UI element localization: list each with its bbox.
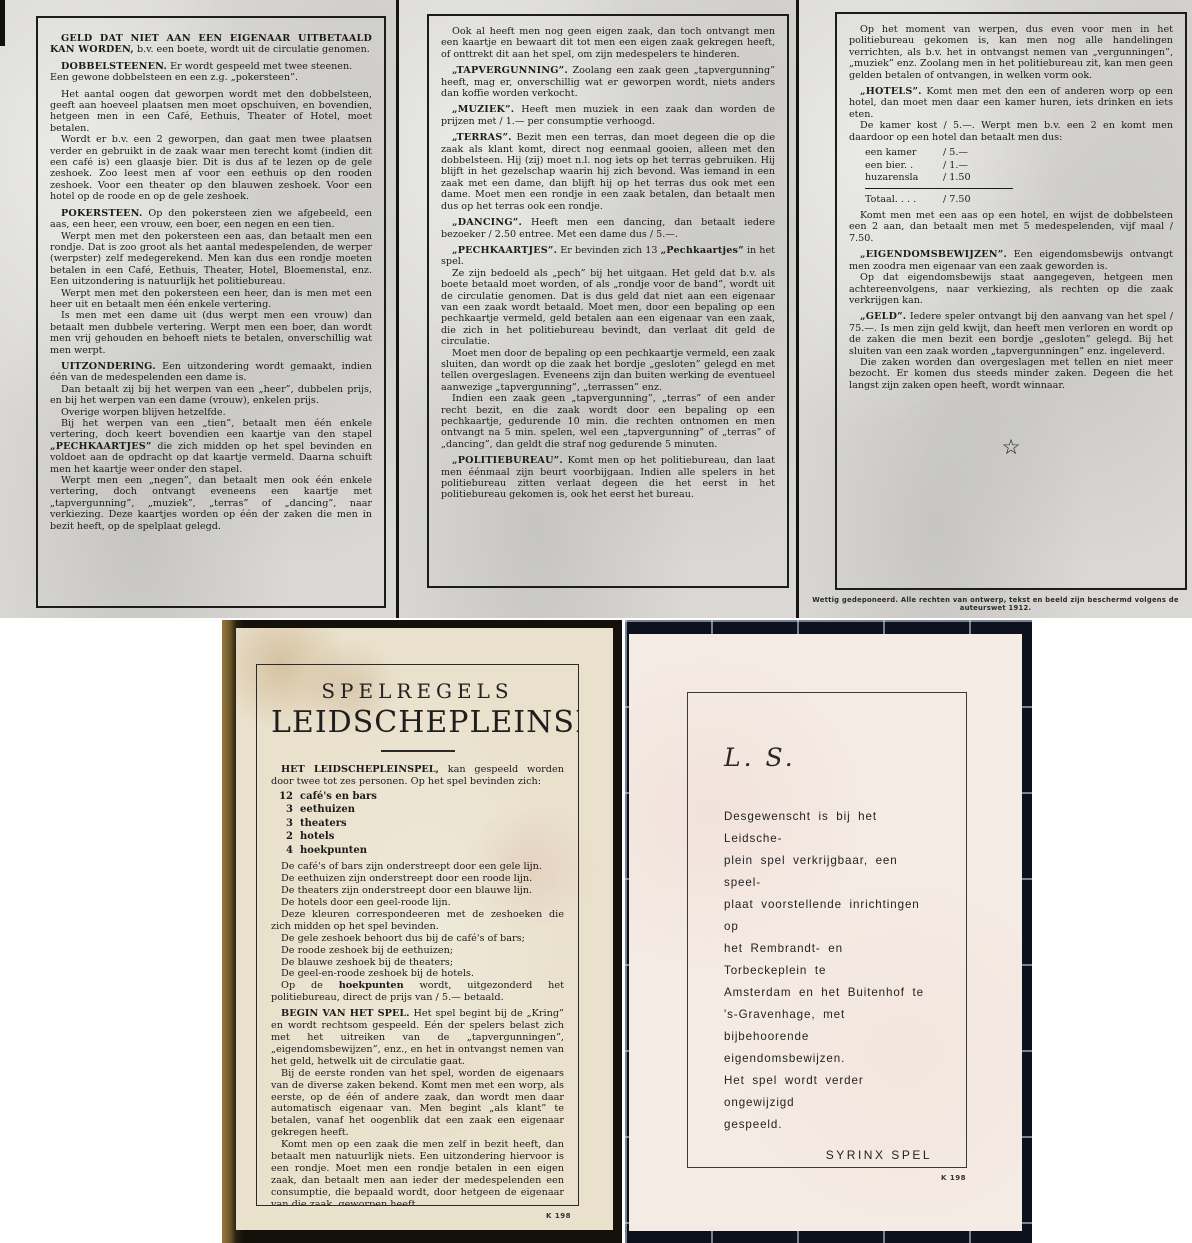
leaflet-panel-3: Op het moment van werpen, dus even voor … — [796, 0, 1192, 618]
paragraph: „DANCING”. Heeft men een dancing, dan be… — [441, 217, 775, 240]
paragraph: „TERRAS”. Bezit men een terras, dan moet… — [441, 132, 775, 212]
colour-line: De gele zeshoek behoort dus bij de café'… — [271, 933, 564, 945]
paragraph: Is men met een dame uit (dus werpt men e… — [50, 310, 372, 356]
paragraph: Op de hoekpunten wordt, uitgezonderd het… — [271, 980, 564, 1004]
rules-leaflet-top-row: GELD DAT NIET AAN EEN EIGENAAR UITBETAAL… — [0, 0, 1192, 618]
photo-edge-mark — [0, 0, 5, 46]
paragraph: UITZONDERING. Een uitzondering wordt gem… — [50, 361, 372, 384]
paragraph: „GELD”. Iedere speler ontvangt bij den a… — [849, 311, 1173, 357]
paragraph: Dan betaalt zij bij het werpen van een „… — [50, 384, 372, 407]
paragraph: Een gewone dobbelsteen en een z.g. „poke… — [50, 72, 372, 83]
leaflet-panel-3-frame: Op het moment van werpen, dus even voor … — [835, 12, 1187, 590]
rules-booklet-photo: SPELREGELS LEIDSCHEPLEINSPEL HET LEIDSCH… — [222, 620, 622, 1243]
paragraph: Werpt men een „negen”, dan betaalt men o… — [50, 475, 372, 532]
cost-row: huzarensla/ 1.50 — [865, 172, 1173, 185]
paragraph: DOBBELSTEENEN. Er wordt gespeeld met twe… — [50, 61, 372, 72]
paragraph: Wordt er b.v. een 2 geworpen, dan gaat m… — [50, 134, 372, 202]
paragraph: Overige worpen blijven hetzelfde. — [50, 407, 372, 418]
colour-line: De café's of bars zijn onderstreept door… — [271, 861, 564, 873]
list-item: 4hoekpunten — [271, 844, 564, 858]
paragraph: Die zaken worden dan overgeslagen met te… — [849, 357, 1173, 391]
list-item: 2hotels — [271, 830, 564, 844]
colour-line: De geel-en-roode zeshoek bij de hotels. — [271, 968, 564, 980]
paragraph: BEGIN VAN HET SPEL. Het spel begint bij … — [271, 1008, 564, 1068]
letter-line: gespeeld. — [724, 1114, 932, 1136]
paragraph: Moet men door de bepaling op een pechkaa… — [441, 348, 775, 394]
letter-page: L. S. Desgewenscht is bij het Leidsche- … — [629, 634, 1022, 1231]
leaflet-panel-1-frame: GELD DAT NIET AAN EEN EIGENAAR UITBETAAL… — [36, 16, 386, 608]
letter-line: eigendomsbewijzen. — [724, 1048, 932, 1070]
paragraph: Bij de eerste ronden van het spel, worde… — [271, 1068, 564, 1139]
game-inventory-list: 12café's en bars 3eethuizen 3theaters 2h… — [271, 790, 564, 858]
letter-line: plaat voorstellende inrichtingen op — [724, 894, 932, 938]
paragraph: Ook al heeft men nog geen eigen zaak, da… — [441, 26, 775, 60]
list-item: 3theaters — [271, 817, 564, 831]
paragraph: Op het moment van werpen, dus even voor … — [849, 24, 1173, 81]
print-mark: K 198 — [941, 1174, 966, 1182]
copyright-line: Wettig gedeponeerd. Alle rechten van ont… — [799, 596, 1192, 612]
title-rule — [381, 750, 455, 752]
colour-line: De hotels door een geel-roode lijn. — [271, 897, 564, 909]
letter-page-photo: L. S. Desgewenscht is bij het Leidsche- … — [625, 620, 1032, 1243]
paragraph: GELD DAT NIET AAN EEN EIGENAAR UITBETAAL… — [50, 33, 372, 56]
letter-line: plein spel verkrijgbaar, een speel- — [724, 850, 932, 894]
page-title: LEIDSCHEPLEINSPEL — [271, 705, 564, 740]
letter-line: Het spel wordt verder ongewijzigd — [724, 1070, 932, 1114]
paragraph: „EIGENDOMSBEWIJZEN”. Een eigendomsbewijs… — [849, 249, 1173, 272]
paragraph: Werpt men met den pokersteen een aas, da… — [50, 231, 372, 288]
letter-frame: L. S. Desgewenscht is bij het Leidsche- … — [687, 692, 967, 1168]
leaflet-panel-2: Ook al heeft men nog geen eigen zaak, da… — [396, 0, 796, 618]
leaflet-panel-2-frame: Ook al heeft men nog geen eigen zaak, da… — [427, 14, 789, 588]
paragraph: Indien een zaak geen „tapvergunning”, „t… — [441, 393, 775, 450]
print-mark: K 198 — [546, 1212, 571, 1220]
list-item: 3eethuizen — [271, 803, 564, 817]
leaflet-panel-1: GELD DAT NIET AAN EEN EIGENAAR UITBETAAL… — [0, 0, 396, 618]
star-icon: ☆ — [849, 435, 1173, 459]
list-item: 12café's en bars — [271, 790, 564, 804]
colour-line: De theaters zijn onderstreept door een b… — [271, 885, 564, 897]
paragraph: Komt men met een aas op een hotel, en wi… — [849, 210, 1173, 244]
paragraph: De kamer kost / 5.—. Werpt men b.v. een … — [849, 120, 1173, 143]
sum-rule — [865, 188, 1013, 189]
paragraph: „TAPVERGUNNING”. Zoolang een zaak geen „… — [441, 65, 775, 99]
paragraph: „PECHKAARTJES”. Er bevinden zich 13 „Pec… — [441, 245, 775, 268]
paragraph: POKERSTEEN. Op den pokersteen zien we af… — [50, 208, 372, 231]
colour-line: Deze kleuren correspondeeren met de zesh… — [271, 909, 564, 933]
intro-paragraph: HET LEIDSCHEPLEINSPEL, kan gespeeld word… — [271, 764, 564, 788]
paragraph: Op dat eigendomsbewijs staat aangegeven,… — [849, 272, 1173, 306]
hotel-cost-breakdown: een kamer/ 5.— een bier. ./ 1.— huzarens… — [865, 147, 1173, 206]
paragraph: Werpt men met den pokersteen een heer, d… — [50, 288, 372, 311]
letter-line: Desgewenscht is bij het Leidsche- — [724, 806, 932, 850]
rules-page-frame: SPELREGELS LEIDSCHEPLEINSPEL HET LEIDSCH… — [256, 664, 579, 1206]
rules-booklet-page: SPELREGELS LEIDSCHEPLEINSPEL HET LEIDSCH… — [236, 628, 613, 1230]
paragraph: Komt men op een zaak die men zelf in bez… — [271, 1139, 564, 1206]
paragraph: Het aantal oogen dat geworpen wordt met … — [50, 89, 372, 135]
paragraph: „HOTELS”. Komt men met den een of andere… — [849, 86, 1173, 120]
page-kicker: SPELREGELS — [271, 679, 564, 703]
paragraph: „POLITIEBUREAU”. Komt men op het politie… — [441, 455, 775, 501]
letter-line: 's-Gravenhage, met bijbehoorende — [724, 1004, 932, 1048]
colour-line: De eethuizen zijn onderstreept door een … — [271, 873, 564, 885]
colour-line: De roode zeshoek bij de eethuizen; — [271, 945, 564, 957]
letter-salutation: L. S. — [724, 743, 932, 772]
cost-row: een bier. ./ 1.— — [865, 160, 1173, 173]
letter-line: Amsterdam en het Buitenhof te — [724, 982, 932, 1004]
cost-total-row: Totaal. . . ./ 7.50 — [865, 194, 1173, 207]
colour-line: De blauwe zeshoek bij de theaters; — [271, 957, 564, 969]
publisher-signature: SYRINX SPEL — [724, 1148, 932, 1162]
paragraph: Bij het werpen van een „tien”, betaalt m… — [50, 418, 372, 475]
paragraph: „MUZIEK”. Heeft men muziek in een zaak d… — [441, 104, 775, 127]
letter-line: het Rembrandt- en Torbeckeplein te — [724, 938, 932, 982]
letter-body: Desgewenscht is bij het Leidsche- plein … — [724, 806, 932, 1136]
paragraph: Ze zijn bedoeld als „pech” bij het uitga… — [441, 268, 775, 348]
cost-row: een kamer/ 5.— — [865, 147, 1173, 160]
